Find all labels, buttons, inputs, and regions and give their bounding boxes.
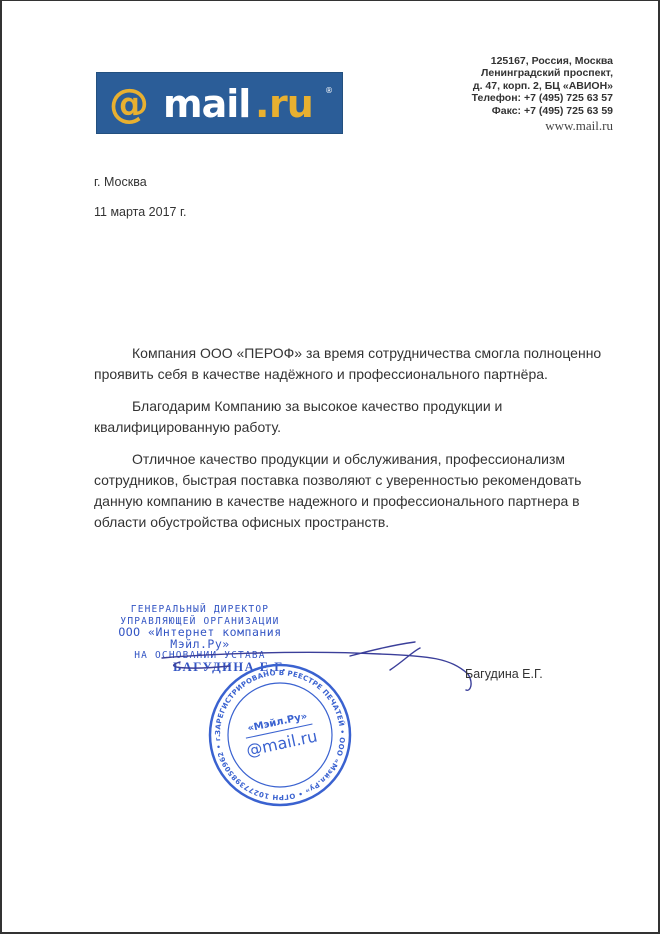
letter-city: г. Москва [94, 175, 147, 189]
svg-text:ru: ru [269, 82, 313, 126]
svg-text:@: @ [109, 81, 149, 127]
svg-text:.: . [255, 82, 269, 126]
svg-text:mail: mail [163, 82, 250, 126]
phone-line: Телефон: +7 (495) 725 63 57 [472, 92, 613, 104]
paragraph: Компания ООО «ПЕРОФ» за время сотрудниче… [94, 343, 614, 385]
website-link[interactable]: www.mail.ru [472, 118, 613, 133]
address-line: 125167, Россия, Москва [472, 55, 613, 67]
letter-date: 11 марта 2017 г. [94, 205, 186, 219]
stamp-line: ООО «Интернет компания Мэйл.Ру» [105, 627, 295, 650]
paragraph: Отличное качество продукции и обслуживан… [94, 449, 614, 533]
signatory-name: Багудина Е.Г. [465, 667, 543, 681]
paragraph: Благодарим Компанию за высокое качество … [94, 396, 614, 438]
fax-line: Факс: +7 (495) 725 63 59 [472, 105, 613, 117]
stamp-line: ГЕНЕРАЛЬНЫЙ ДИРЕКТОР [105, 604, 295, 616]
company-address: 125167, Россия, Москва Ленинградский про… [472, 55, 613, 133]
mailru-logo-icon: @ mail . ru ® [97, 73, 344, 135]
svg-text:®: ® [325, 86, 333, 95]
address-line: Ленинградский проспект, [472, 67, 613, 79]
letter-body: Компания ООО «ПЕРОФ» за время сотрудниче… [94, 343, 614, 544]
company-seal-icon: ЗАРЕГИСТРИРОВАНО В РЕЕСТРЕ ПЕЧАТЕЙ • ООО… [206, 661, 354, 809]
address-line: д. 47, корп. 2, БЦ «АВИОН» [472, 80, 613, 92]
mailru-logo: @ mail . ru ® [96, 72, 343, 134]
